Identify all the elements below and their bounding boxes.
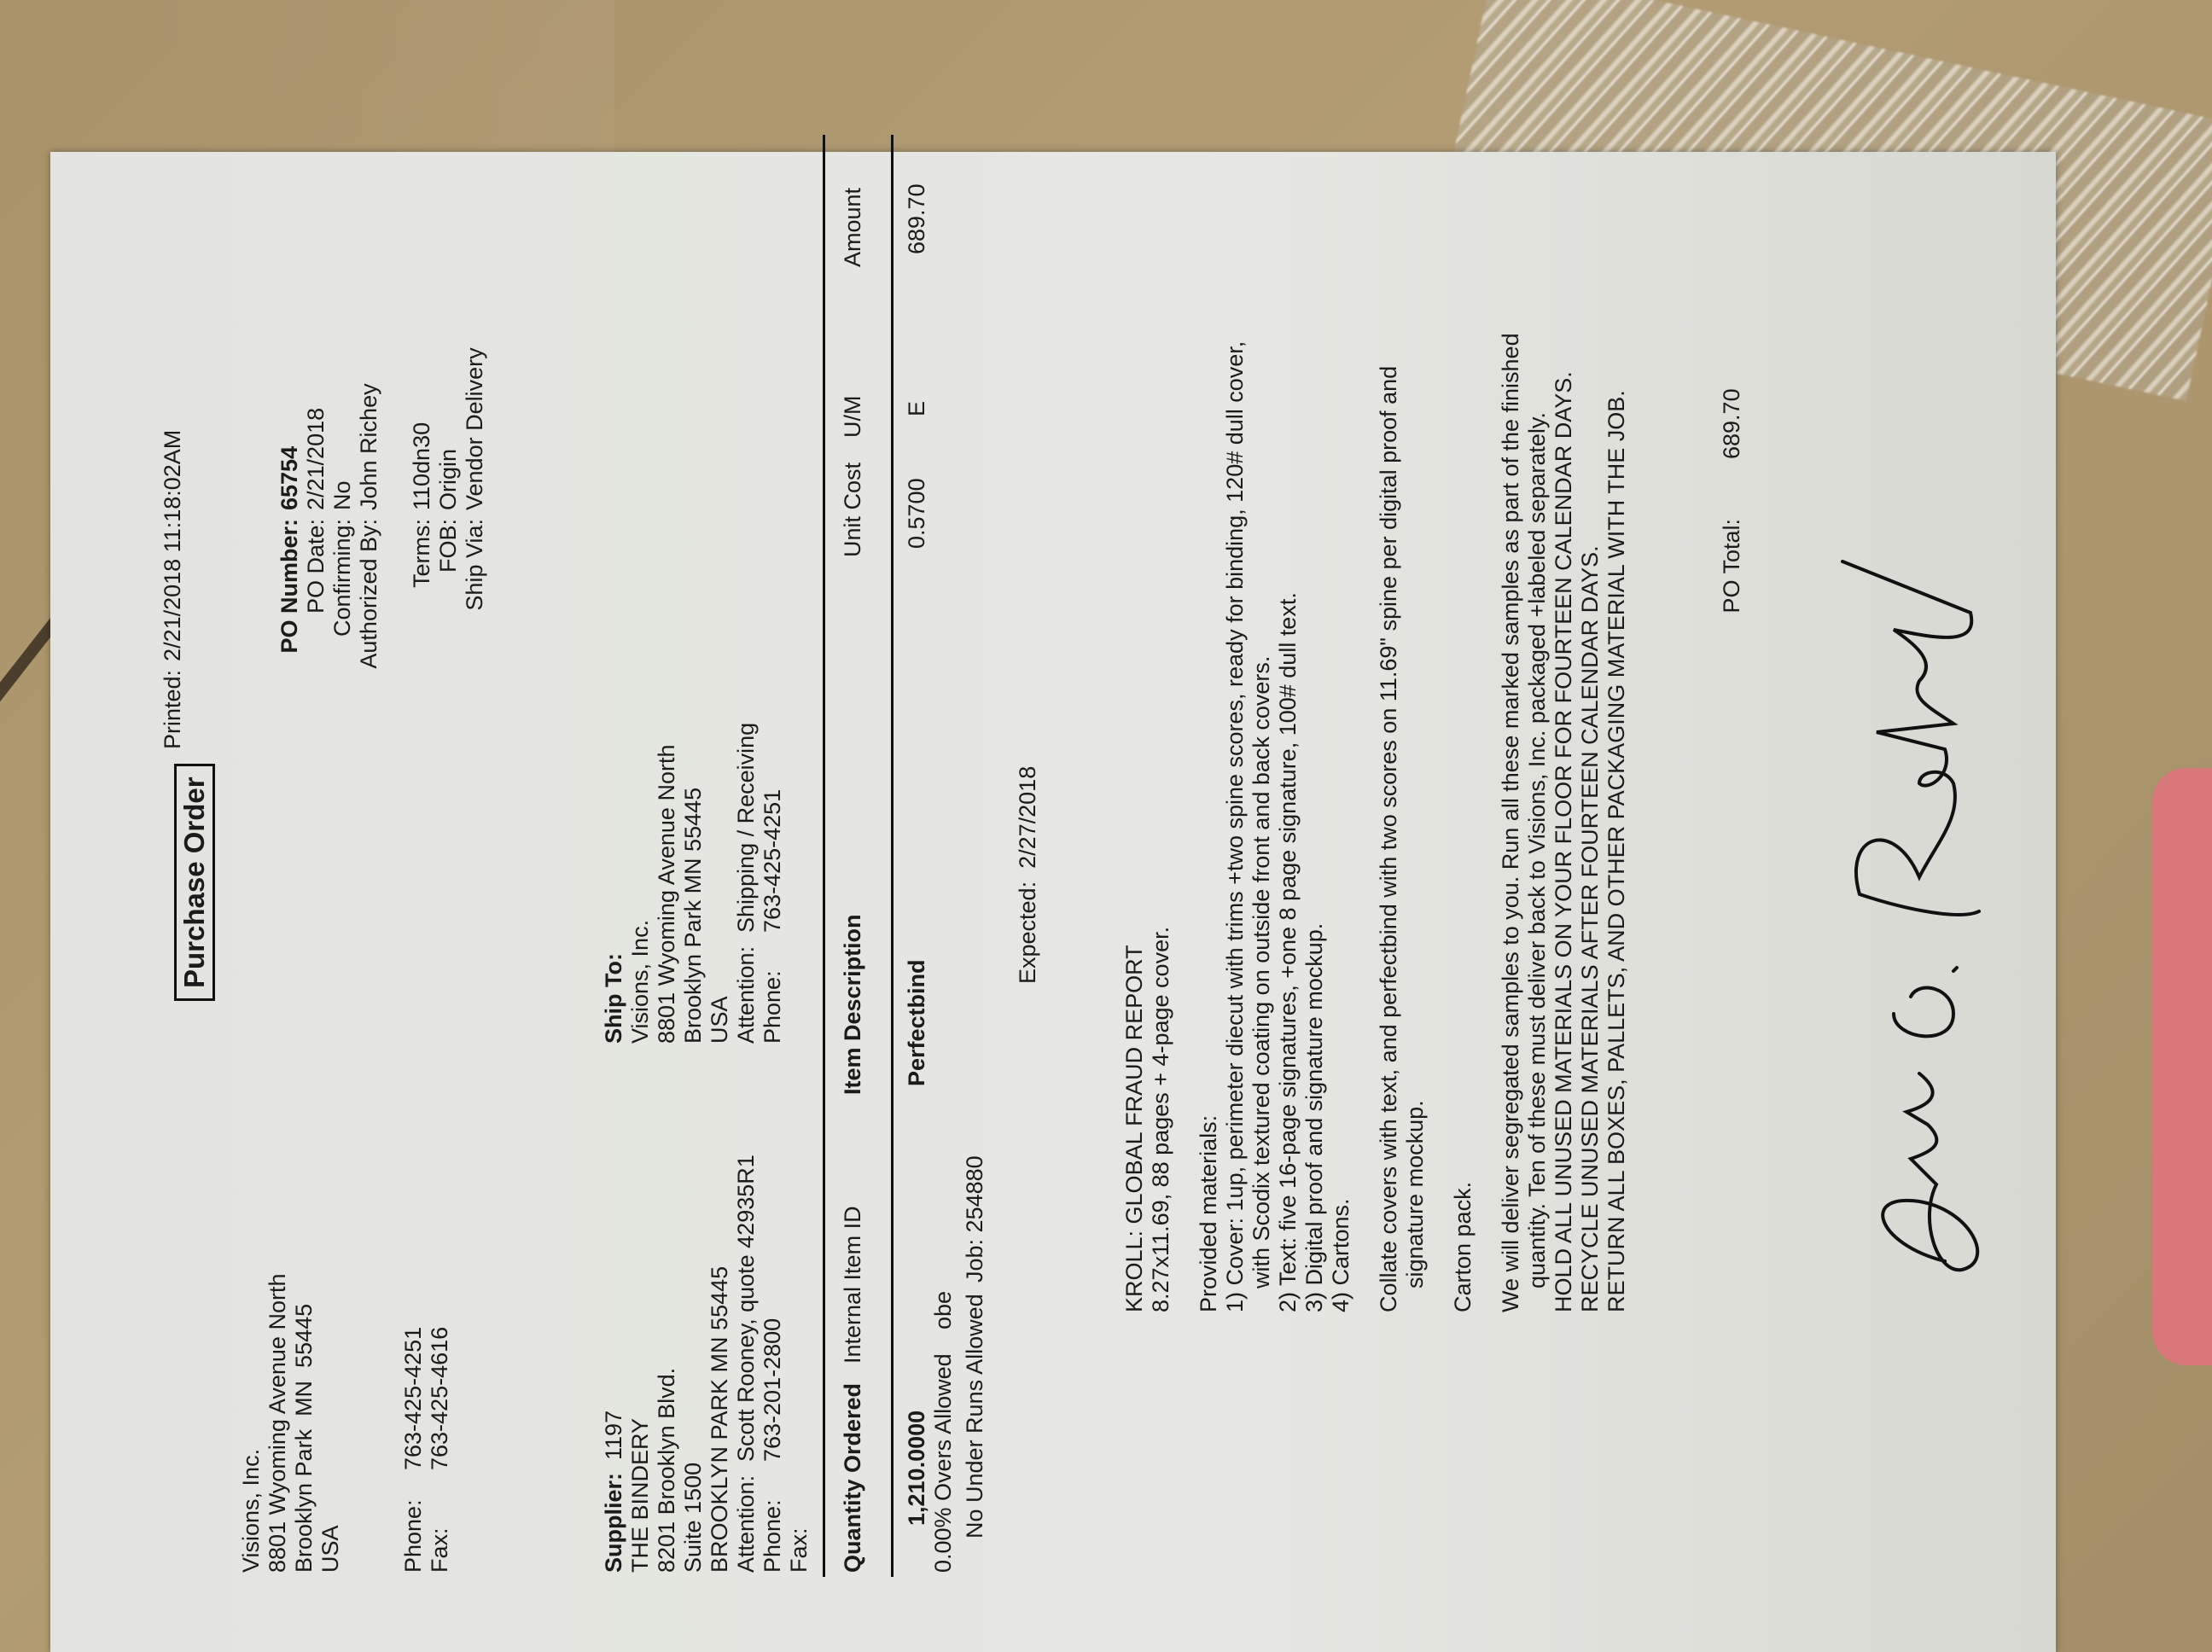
note-paragraph: KROLL: GLOBAL FRAUD REPORT8.27x11.69, 88… [1121,203,1174,1312]
table-header-rule [891,135,894,1577]
authorized-by-row: Authorized By:John Richey [356,347,382,724]
item-notes: KROLL: GLOBAL FRAUD REPORT8.27x11.69, 88… [1121,203,1651,1312]
fob-row: FOB:Origin [435,347,462,724]
table-top-rule [823,135,825,1577]
note-paragraph: Carton pack. [1450,203,1476,1312]
po-date-row: PO Date:2/21/2018 [303,347,329,724]
po-number-row: PO Number:65754 [276,347,303,724]
note-paragraph: Collate covers with text, and perfectbin… [1376,203,1429,1312]
pink-sheet [2152,768,2212,1365]
note-paragraph: We will deliver segregated samples to yo… [1498,203,1630,1312]
signature [1825,527,2022,1295]
ship-to-block: Ship To: Visions, Inc. 8801 Wyoming Aven… [601,723,786,1044]
document-title: Purchase Order [174,764,215,1001]
terms-row: Terms:110dn30 [409,347,435,724]
printed-timestamp: Printed:2/21/2018 11:18:02AM [160,430,186,749]
po-total: PO Total:689.70 [1719,388,1745,724]
buyer-address: Visions, Inc. 8801 Wyoming Avenue North … [238,1274,344,1573]
purchase-order-paper: Purchase Order Printed:2/21/2018 11:18:0… [50,152,2056,1652]
ship-via-row: Ship Via:Vendor Delivery [462,347,488,724]
supplier-block: Supplier: 1197 THE BINDERY 8201 Brooklyn… [601,1155,812,1573]
buyer-contact: Phone:763-425-4251 Fax:763-425-4616 [400,1327,453,1573]
po-info-block: PO Number:65754 PO Date:2/21/2018 Confir… [276,347,488,724]
confirming-row: Confirming:No [329,347,356,724]
note-paragraph: Provided materials:1) Cover: 1up, perime… [1196,203,1354,1312]
